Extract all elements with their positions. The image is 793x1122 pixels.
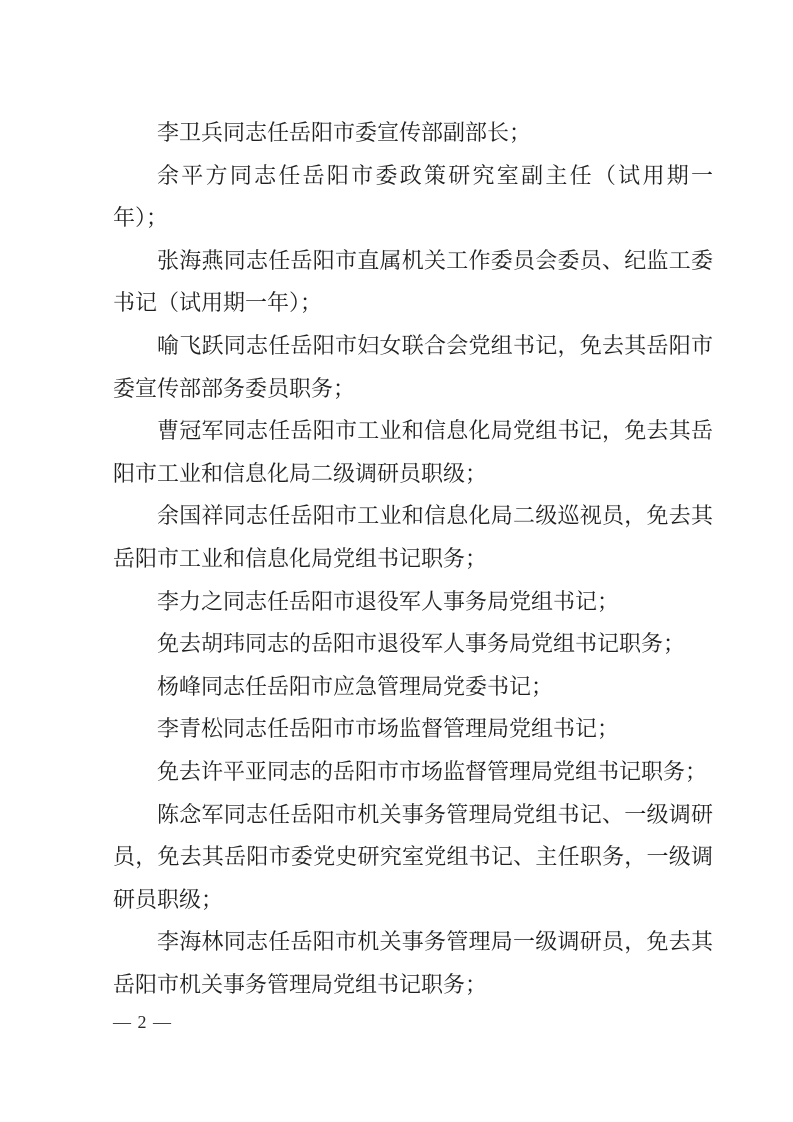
appointment-paragraph: 免去胡玮同志的岳阳市退役军人事务局党组书记职务； — [113, 623, 713, 666]
appointment-paragraph: 免去许平亚同志的岳阳市市场监督管理局党组书记职务； — [113, 751, 713, 794]
appointment-paragraph: 李青松同志任岳阳市市场监督管理局党组书记； — [113, 708, 713, 751]
appointment-paragraph: 曹冠军同志任岳阳市工业和信息化局党组书记，免去其岳阳市工业和信息化局二级调研员职… — [113, 410, 713, 495]
page-number: — 2 — — [113, 1010, 172, 1034]
document-body: 李卫兵同志任岳阳市委宣传部副部长； 余平方同志任岳阳市委政策研究室副主任（试用期… — [113, 112, 713, 1006]
appointment-paragraph: 张海燕同志任岳阳市直属机关工作委员会委员、纪监工委书记（试用期一年）； — [113, 240, 713, 325]
appointment-paragraph: 陈念军同志任岳阳市机关事务管理局党组书记、一级调研员，免去其岳阳市委党史研究室党… — [113, 794, 713, 922]
appointment-paragraph: 杨峰同志任岳阳市应急管理局党委书记； — [113, 666, 713, 709]
document-page: 李卫兵同志任岳阳市委宣传部副部长； 余平方同志任岳阳市委政策研究室副主任（试用期… — [0, 0, 793, 1122]
appointment-paragraph: 李海林同志任岳阳市机关事务管理局一级调研员，免去其岳阳市机关事务管理局党组书记职… — [113, 921, 713, 1006]
appointment-paragraph: 李力之同志任岳阳市退役军人事务局党组书记； — [113, 581, 713, 624]
appointment-paragraph: 余国祥同志任岳阳市工业和信息化局二级巡视员，免去其岳阳市工业和信息化局党组书记职… — [113, 495, 713, 580]
appointment-paragraph: 李卫兵同志任岳阳市委宣传部副部长； — [113, 112, 713, 155]
appointment-paragraph: 喻飞跃同志任岳阳市妇女联合会党组书记，免去其岳阳市委宣传部部务委员职务； — [113, 325, 713, 410]
appointment-paragraph: 余平方同志任岳阳市委政策研究室副主任（试用期一年）； — [113, 155, 713, 240]
